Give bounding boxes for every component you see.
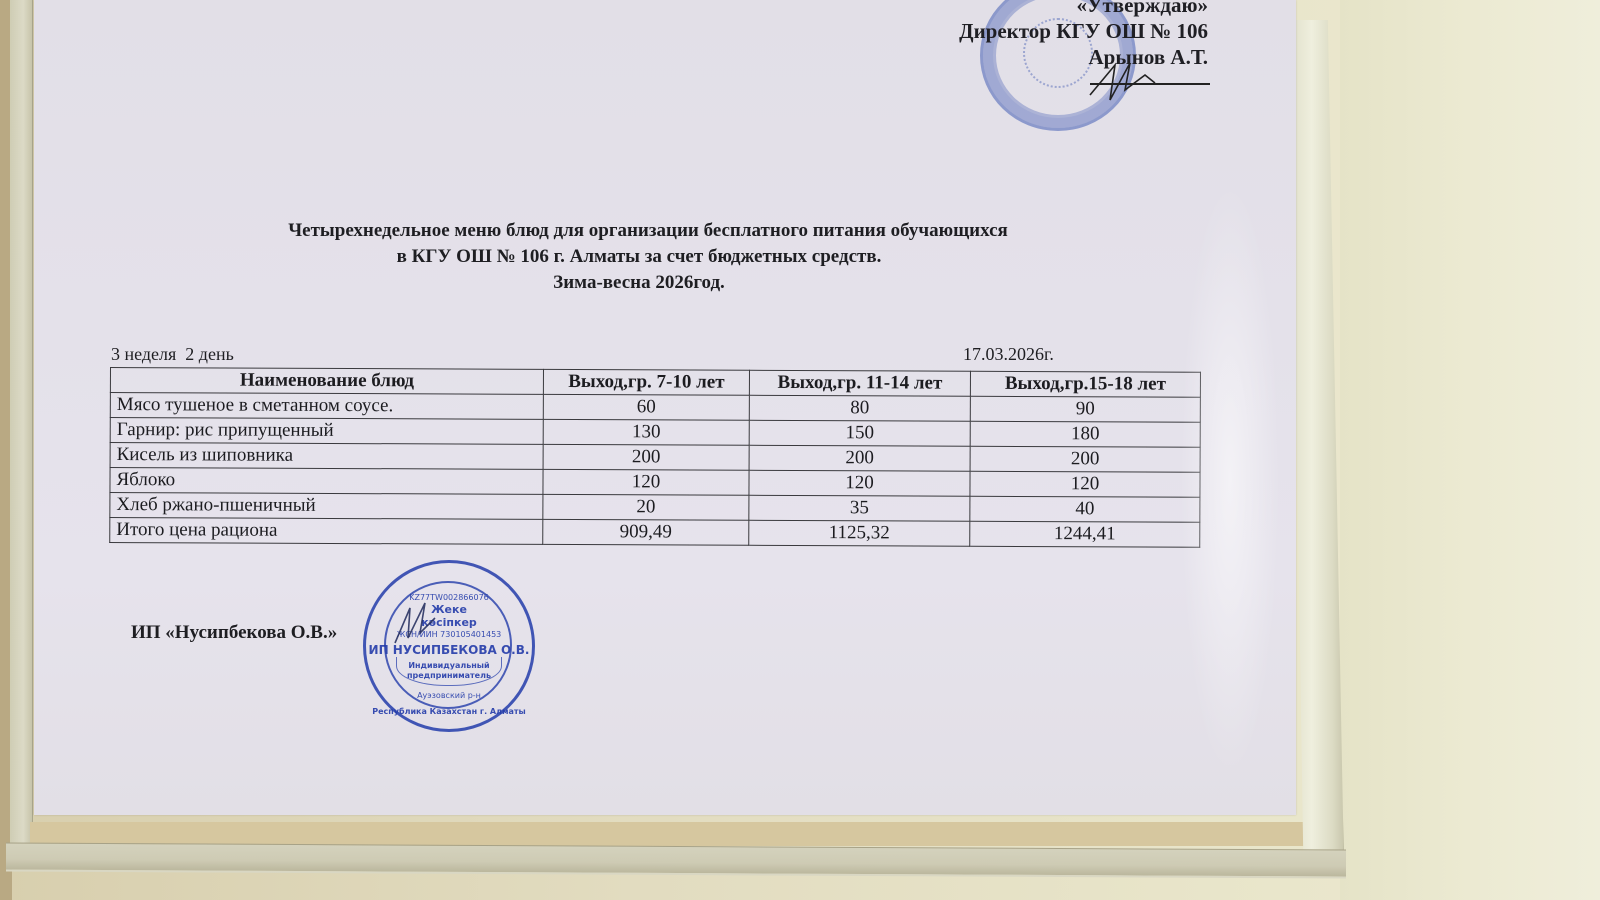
table-row: Итого цена рациона909,491125,321244,41	[110, 518, 1200, 548]
header-portion-15-18: Выход,гр.15-18 лет	[970, 371, 1200, 397]
stamp-outer-bottom: Республика Казахстан г. Алматы	[366, 707, 532, 716]
portion-7-10-cell: 909,49	[543, 519, 749, 545]
stamp-district: Ауэзовский р-н	[366, 691, 532, 700]
title-line-3: Зима-весна 2026год.	[0, 270, 1296, 296]
approval-name: Арынов А.Т.	[959, 44, 1208, 70]
portion-11-14-cell: 35	[749, 495, 970, 521]
approval-block: «Утверждаю» Директор КГУ ОШ № 106 Арынов…	[959, 0, 1208, 70]
week-day-label: 3 неделя 2 день	[111, 344, 234, 365]
frame-bottom-edge	[6, 842, 1346, 878]
document-title: Четырехнедельное меню блюд для организац…	[34, 218, 1296, 296]
approval-position: Директор КГУ ОШ № 106	[959, 18, 1208, 44]
portion-7-10-cell: 200	[543, 444, 749, 470]
frame-left-edge	[10, 0, 33, 850]
portion-11-14-cell: 120	[749, 470, 970, 496]
portion-15-18-cell: 200	[970, 446, 1200, 472]
portion-7-10-cell: 120	[543, 469, 749, 495]
dish-name-cell: Хлеб ржано-пшеничный	[110, 493, 543, 520]
title-line-1: Четырехнедельное меню блюд для организац…	[0, 218, 1296, 244]
portion-15-18-cell: 40	[970, 496, 1200, 522]
portion-11-14-cell: 200	[749, 445, 970, 471]
menu-table: Наименование блюд Выход,гр. 7-10 лет Вых…	[109, 367, 1201, 548]
header-dish-name: Наименование блюд	[110, 368, 543, 395]
header-portion-7-10: Выход,гр. 7-10 лет	[543, 369, 749, 395]
portion-7-10-cell: 130	[543, 419, 749, 445]
portion-7-10-cell: 60	[543, 394, 749, 420]
wall-background-right	[1340, 0, 1600, 900]
dish-name-cell: Кисель из шиповника	[110, 443, 543, 470]
portion-11-14-cell: 1125,32	[749, 520, 970, 546]
supplier-stamp: KZ77TW002866076 Жеке кәсіпкер ЖСН/ИИН 73…	[363, 560, 535, 732]
dish-name-cell: Мясо тушеное в сметанном соусе.	[110, 393, 543, 420]
dish-name-cell: Итого цена рациона	[110, 518, 543, 545]
frame-backing	[30, 822, 1320, 846]
title-line-2: в КГУ ОШ № 106 г. Алматы за счет бюджетн…	[0, 244, 1296, 270]
menu-date: 17.03.2026г.	[963, 344, 1054, 365]
dish-name-cell: Яблоко	[110, 468, 543, 495]
portion-11-14-cell: 150	[749, 420, 970, 446]
supplier-name: ИП «Нусипбекова О.В.»	[131, 622, 337, 644]
dish-name-cell: Гарнир: рис припущенный	[110, 418, 543, 445]
portion-7-10-cell: 20	[543, 494, 749, 520]
signature-line	[1090, 83, 1210, 85]
supplier-signature-icon	[390, 598, 440, 648]
portion-15-18-cell: 1244,41	[970, 521, 1200, 547]
portion-15-18-cell: 90	[970, 396, 1200, 422]
header-portion-11-14: Выход,гр. 11-14 лет	[749, 370, 970, 396]
approval-heading: «Утверждаю»	[959, 0, 1208, 18]
portion-15-18-cell: 120	[970, 471, 1200, 497]
stamp-type-1: Индивидуальный	[366, 661, 532, 670]
director-signature-icon	[1085, 55, 1165, 105]
stamp-type-2: предприниматель	[366, 671, 532, 680]
portion-15-18-cell: 180	[970, 421, 1200, 447]
portion-11-14-cell: 80	[749, 395, 970, 421]
frame-right-edge	[1290, 20, 1344, 870]
